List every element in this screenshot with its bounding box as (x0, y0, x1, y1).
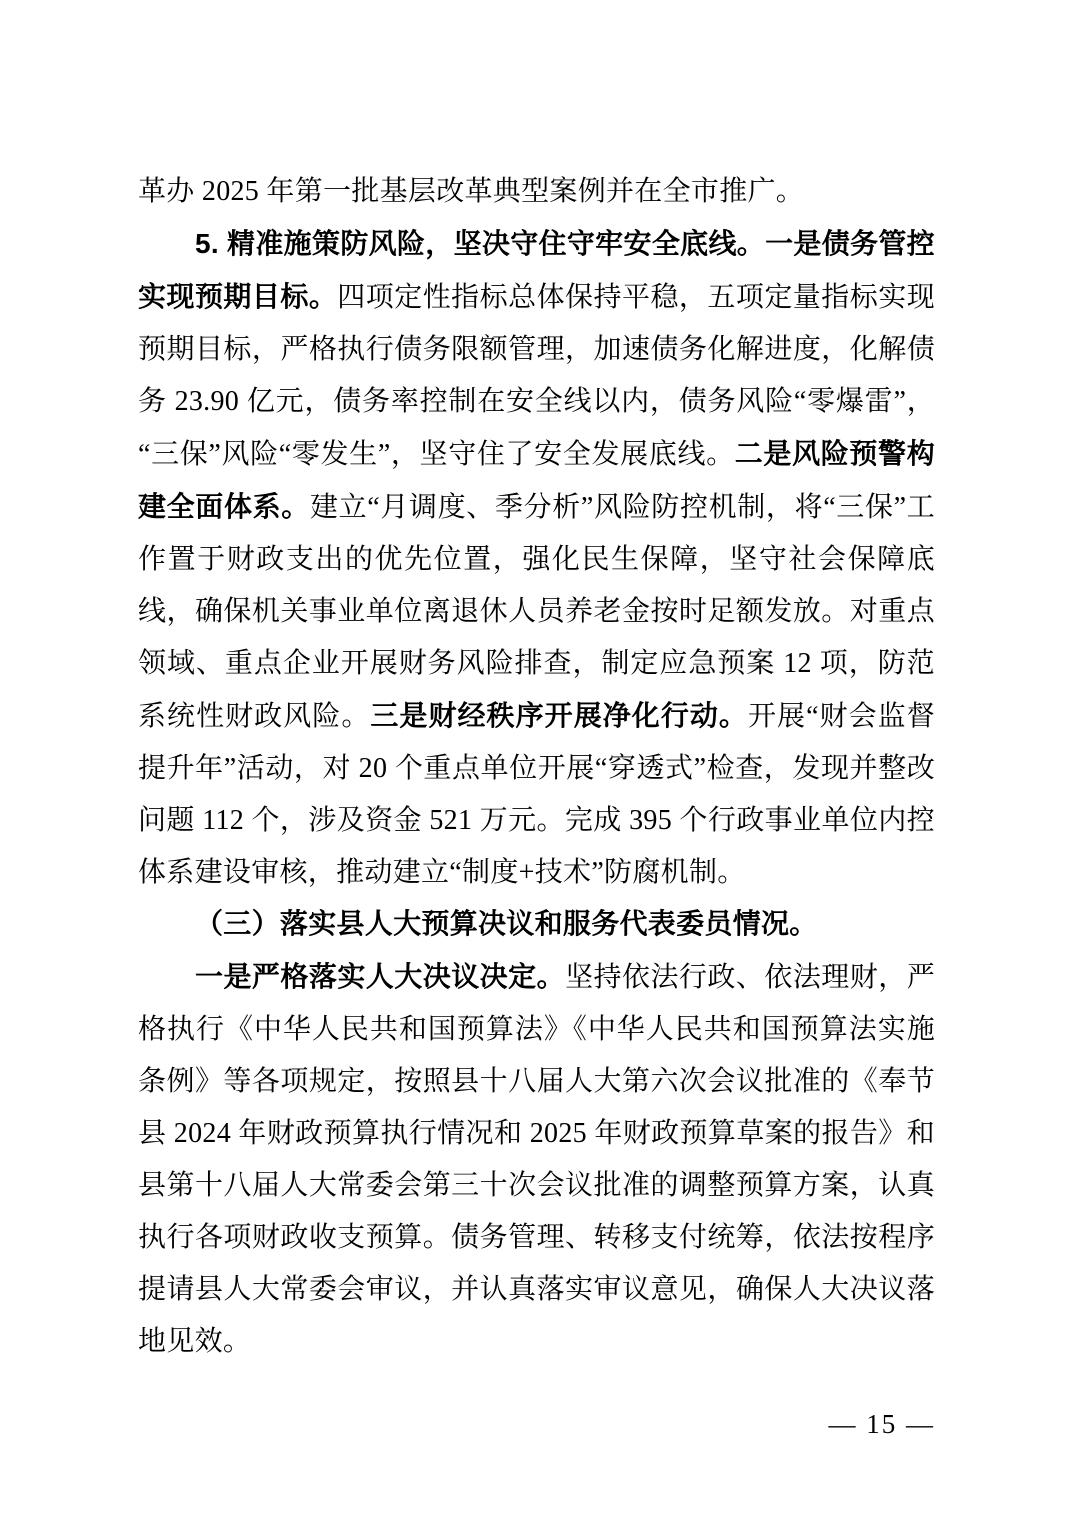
paragraph-continuation: 革办 2025 年第一批基层改革典型案例并在全市推广。 (138, 166, 935, 218)
bold-heading-run: 一是严格落实人大决议决定。 (195, 961, 565, 992)
page-number: — 15 — (829, 1406, 936, 1442)
subsection-heading-run: （三）落实县人大预算决议和服务代表委员情况。 (195, 909, 818, 940)
document-body: 革办 2025 年第一批基层改革典型案例并在全市推广。 5. 精准施策防风险，坚… (138, 166, 935, 1368)
paragraph-point-one: 一是严格落实人大决议决定。坚持依法行政、依法理财，严格执行《中华人民共和国预算法… (138, 951, 935, 1368)
document-page: 革办 2025 年第一批基层改革典型案例并在全市推广。 5. 精准施策防风险，坚… (0, 0, 1074, 1520)
text-run: 建立“月调度、季分析”风险防控机制，将“三保”工作置于财政支出的优先位置，强化民… (138, 492, 935, 732)
bold-heading-run: 三是财经秩序开展净化行动。 (370, 700, 748, 731)
text-run: 革办 2025 年第一批基层改革典型案例并在全市推广。 (138, 176, 804, 207)
text-run: 坚持依法行政、依法理财，严格执行《中华人民共和国预算法》《中华人民共和国预算法实… (138, 962, 935, 1357)
paragraph-point-5: 5. 精准施策防风险，坚决守住守牢安全底线。一是债务管控实现预期目标。四项定性指… (138, 218, 935, 899)
paragraph-subsection-three: （三）落实县人大预算决议和服务代表委员情况。 (138, 899, 935, 951)
